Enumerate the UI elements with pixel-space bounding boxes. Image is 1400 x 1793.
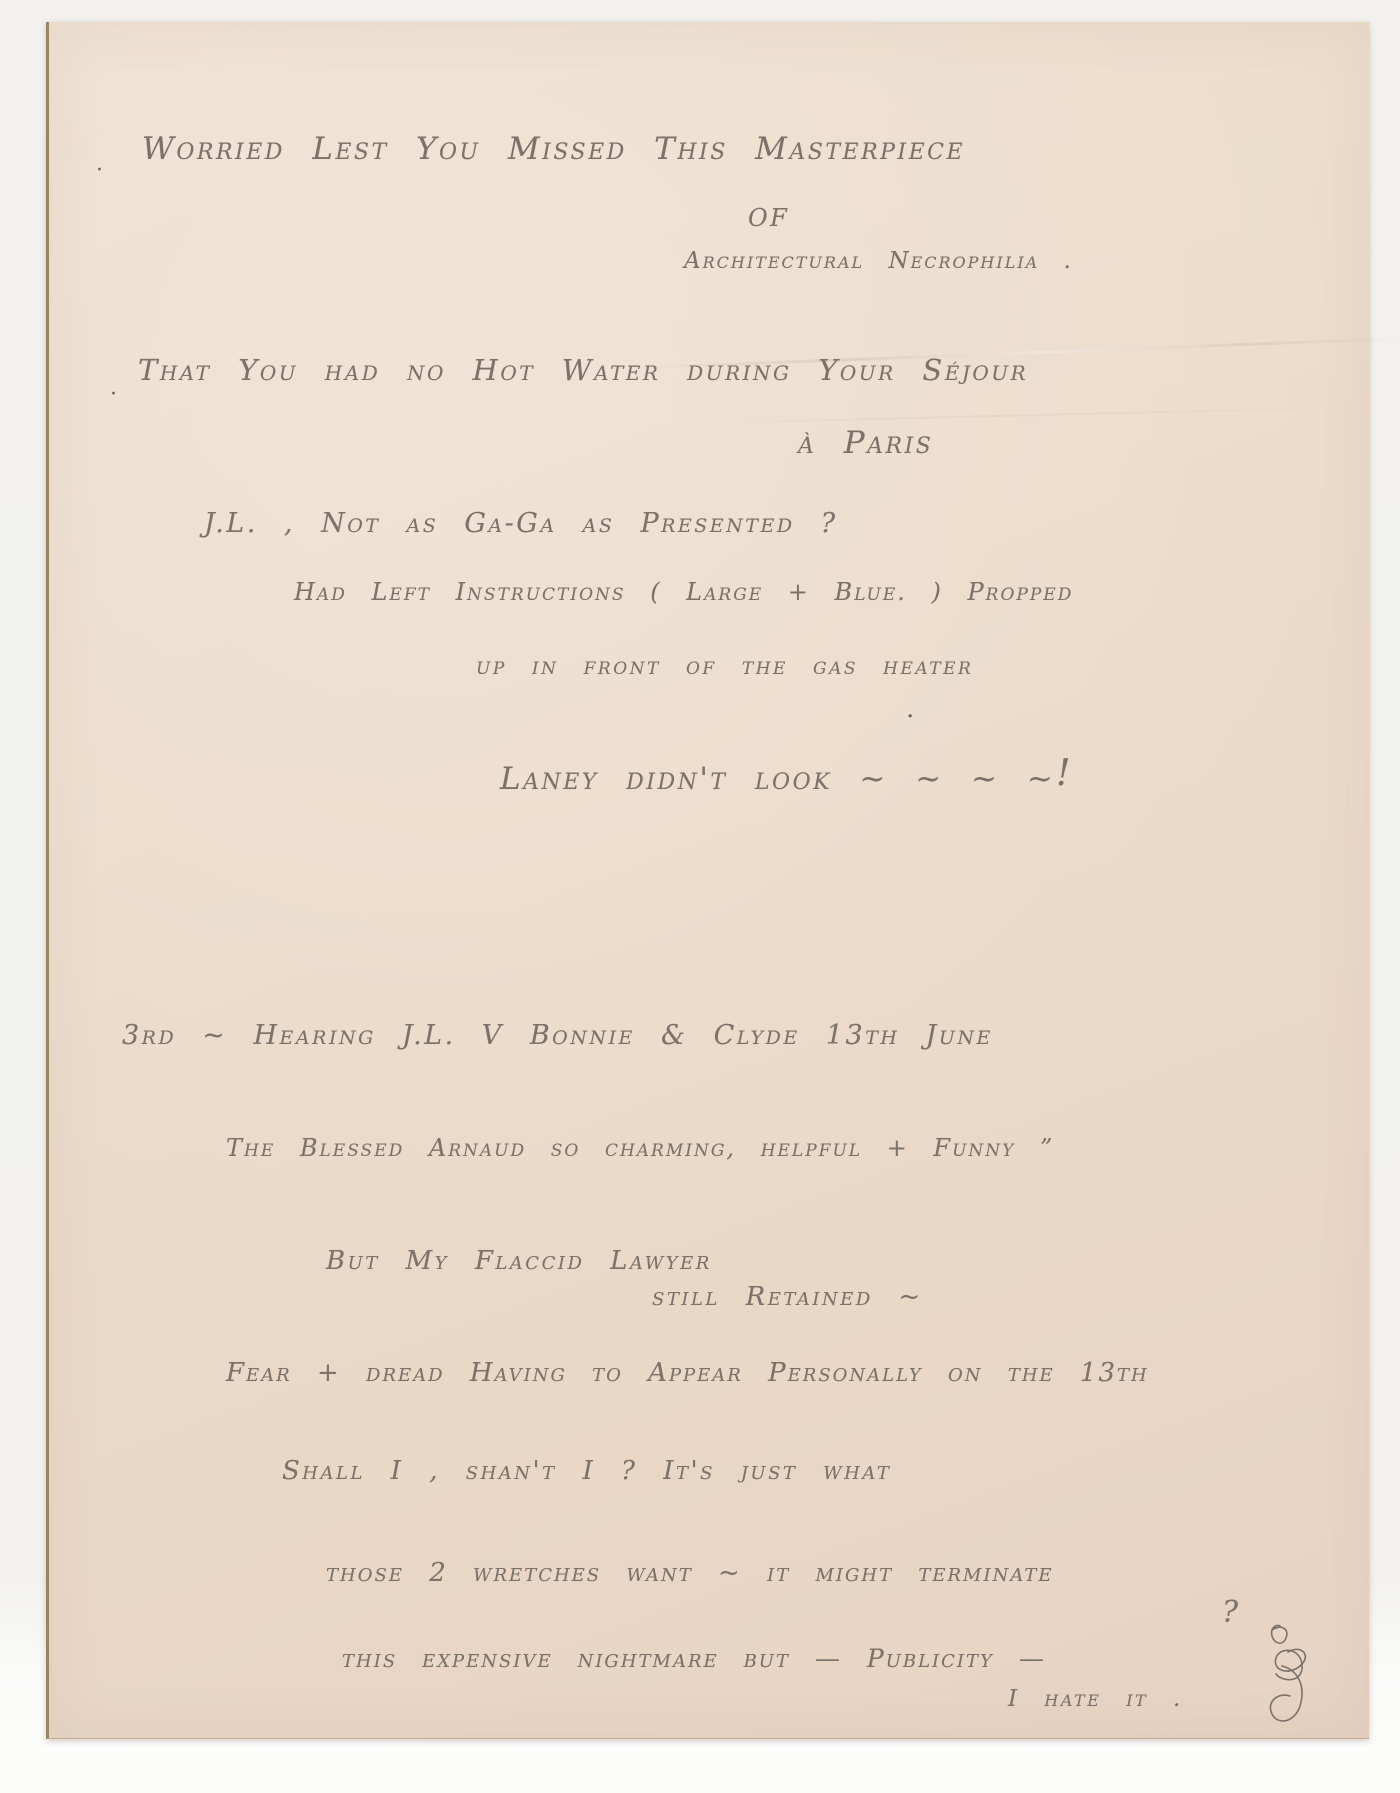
handwritten-line-of: of — [748, 198, 789, 232]
handwritten-line-publicity: this expensive nightmare but — Publicity… — [342, 1646, 1046, 1671]
handwritten-line-laney: Laney didn't look ~ ~ ~ ~ — [500, 764, 1055, 795]
paper-crease — [669, 405, 1400, 425]
handwritten-line-wretches: those 2 wretches want ~ it might termina… — [326, 1560, 1054, 1586]
handwritten-line-instructions: Had Left Instructions ( Large + Blue. ) … — [294, 580, 1073, 604]
handwritten-line-i-hate-it: I hate it . — [1008, 1688, 1183, 1711]
handwritten-line-still-retained: still Retained ~ — [652, 1284, 923, 1310]
bullet-dot: · — [96, 158, 103, 183]
handwritten-line-gas-heater: up in front of the gas heater — [476, 654, 973, 678]
handwritten-line-worried: Worried Lest You Missed This Masterpiece — [142, 134, 965, 165]
handwritten-line-third-hearing: 3rd ~ Hearing J.L. V Bonnie & Clyde 13th… — [122, 1022, 993, 1049]
question-mark: ? — [1222, 1598, 1241, 1628]
handwritten-line-gaga: J.L. , Not as Ga-Ga as Presented ? — [204, 510, 838, 537]
bullet-dot: · — [110, 382, 117, 407]
handwritten-line-hot-water: That You had no Hot Water during Your Sé… — [138, 356, 1028, 385]
handwritten-line-a-paris: à Paris — [798, 428, 933, 459]
handwritten-line-fear-dread: Fear + dread Having to Appear Personally… — [226, 1360, 1149, 1386]
signature-flourish-icon — [1242, 1622, 1322, 1742]
handwritten-line-blessed-arnaud: The Blessed Arnaud so charming, helpful … — [226, 1136, 1054, 1160]
scan-background: { "colors": { "paper": "#ecdccb", "backg… — [0, 0, 1400, 1793]
handwritten-line-shall-i: Shall I , shan't I ? It's just what — [282, 1458, 891, 1484]
period-mark: . — [906, 694, 914, 724]
handwritten-line-flaccid-lawyer: But My Flaccid Lawyer — [326, 1248, 712, 1274]
exclamation-mark: ! — [1056, 756, 1073, 792]
handwritten-line-necrophilia: Architectural Necrophilia . — [684, 250, 1073, 273]
